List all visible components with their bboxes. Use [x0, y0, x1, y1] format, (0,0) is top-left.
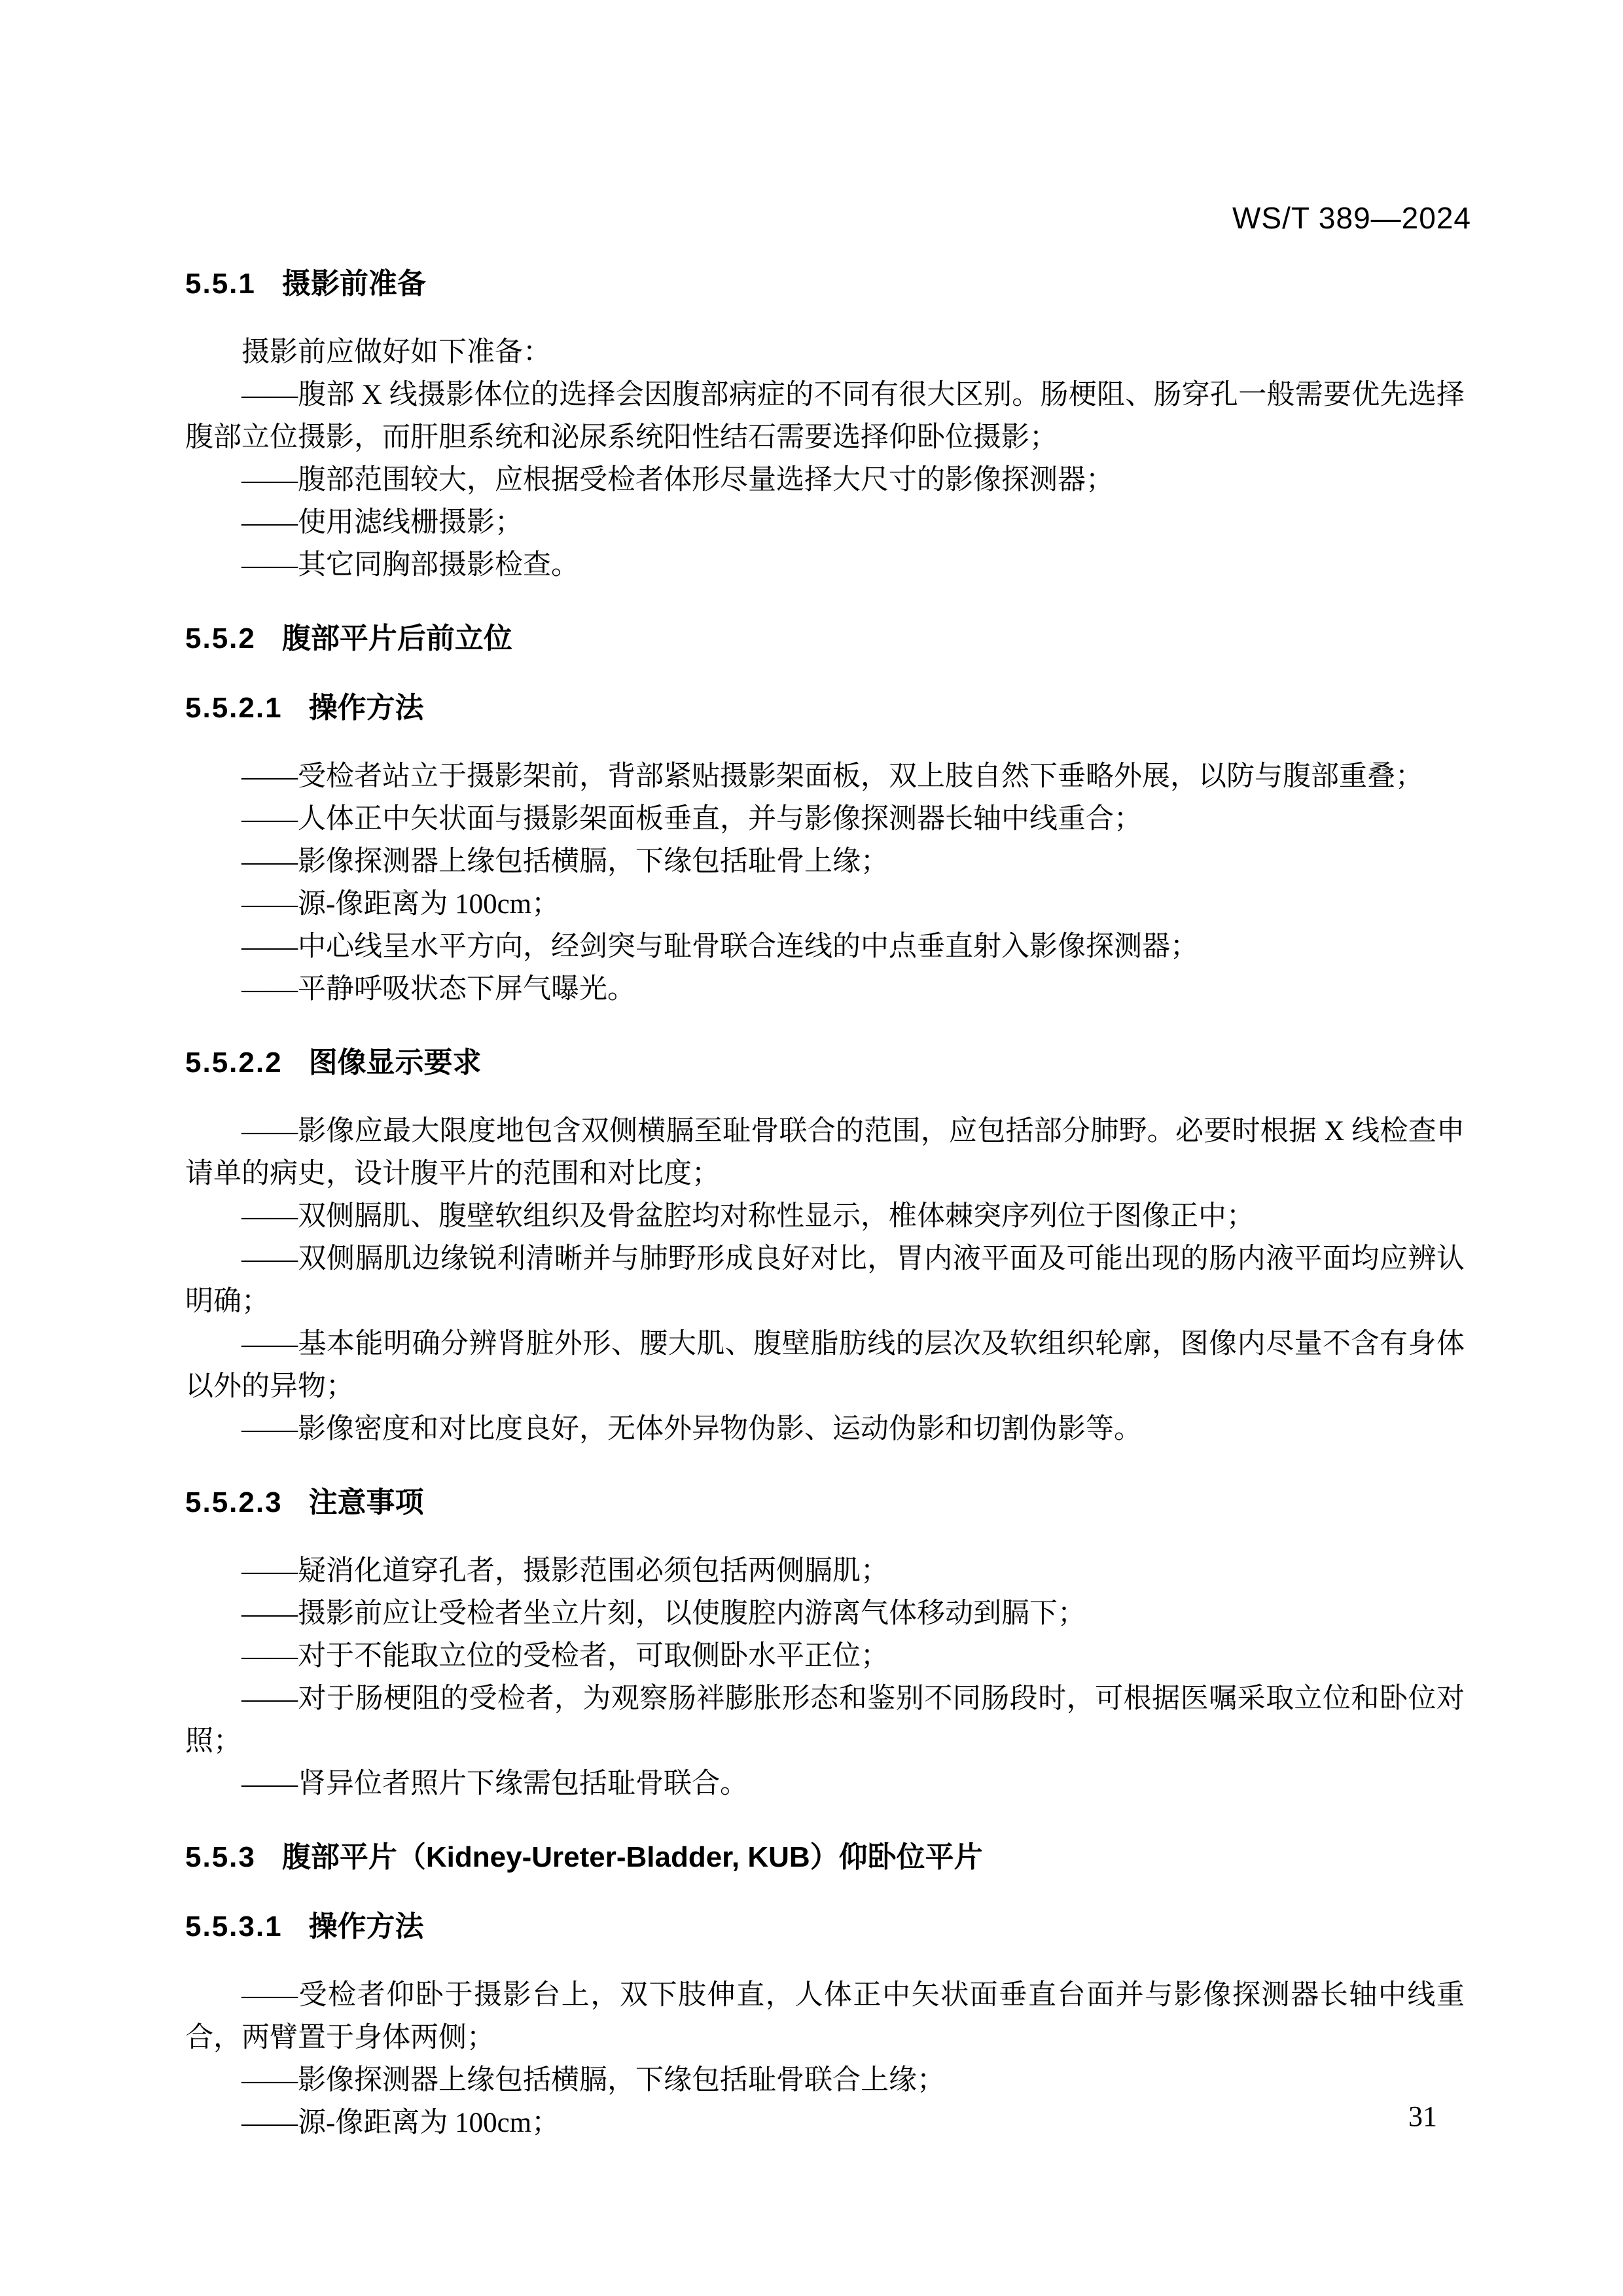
section-title: 摄影前准备 [282, 268, 426, 300]
section-title: 操作方法 [309, 1910, 424, 1943]
section-heading: 5.5.2.2图像显示要求 [185, 1046, 1465, 1080]
paragraph: 摄影前应做好如下准备： [185, 331, 1465, 374]
dash-list-item: ——使用滤线栅摄影； [185, 501, 1465, 544]
dash-list-item: ——疑消化道穿孔者，摄影范围必须包括两侧膈肌； [185, 1550, 1465, 1592]
section-number: 5.5.3.1 [185, 1910, 283, 1943]
dash-list-item: ——摄影前应让受检者坐立片刻，以使腹腔内游离气体移动到膈下； [185, 1592, 1465, 1635]
section-heading: 5.5.2腹部平片后前立位 [185, 622, 1465, 656]
section-title: 图像显示要求 [309, 1047, 482, 1079]
dash-list-item: ——平静呼吸状态下屏气曝光。 [185, 968, 1465, 1011]
dash-list-item: ——人体正中矢状面与摄影架面板垂直，并与影像探测器长轴中线重合； [185, 798, 1465, 840]
section-number: 5.5.2 [185, 622, 256, 655]
dash-list-item: ——中心线呈水平方向，经剑突与耻骨联合连线的中点垂直射入影像探测器； [185, 925, 1465, 968]
dash-list-item: ——肾异位者照片下缘需包括耻骨联合。 [185, 1763, 1465, 1805]
dash-list-item: ——双侧膈肌边缘锐利清晰并与肺野形成良好对比，胃内液平面及可能出现的肠内液平面均… [185, 1238, 1465, 1323]
dash-list-item: ——源-像距离为 100cm； [185, 2102, 1465, 2144]
dash-list-item: ——基本能明确分辨肾脏外形、腰大肌、腹壁脂肪线的层次及软组织轮廓，图像内尽量不含… [185, 1323, 1465, 1408]
header-doc-number: WS/T 389—2024 [1232, 200, 1471, 236]
dash-list-item: ——腹部范围较大，应根据受检者体形尽量选择大尺寸的影像探测器； [185, 459, 1465, 501]
dash-list-item: ——对于肠梗阻的受检者，为观察肠袢膨胀形态和鉴别不同肠段时，可根据医嘱采取立位和… [185, 1677, 1465, 1763]
section-title: 腹部平片后前立位 [282, 622, 512, 655]
footer-page-number: 31 [1408, 2100, 1437, 2133]
section-number: 5.5.2.3 [185, 1486, 283, 1518]
dash-list-item: ——影像探测器上缘包括横膈，下缘包括耻骨上缘； [185, 840, 1465, 883]
dash-list-item: ——双侧膈肌、腹壁软组织及骨盆腔均对称性显示，椎体棘突序列位于图像正中； [185, 1195, 1465, 1238]
section-title: 操作方法 [309, 692, 424, 724]
section-number: 5.5.2.2 [185, 1047, 283, 1079]
dash-list-item: ——源-像距离为 100cm； [185, 883, 1465, 925]
dash-list-item: ——其它同胸部摄影检查。 [185, 544, 1465, 586]
section-heading: 5.5.1摄影前准备 [185, 267, 1465, 301]
section-number: 5.5.3 [185, 1841, 256, 1873]
dash-list-item: ——影像密度和对比度良好，无体外异物伪影、运动伪影和切割伪影等。 [185, 1408, 1465, 1450]
document-content: 5.5.1摄影前准备摄影前应做好如下准备：——腹部 X 线摄影体位的选择会因腹部… [185, 267, 1465, 2144]
section-title: 注意事项 [309, 1486, 424, 1518]
dash-list-item: ——受检者站立于摄影架前，背部紧贴摄影架面板，双上肢自然下垂略外展，以防与腹部重… [185, 755, 1465, 798]
section-heading: 5.5.2.3注意事项 [185, 1486, 1465, 1520]
document-page: WS/T 389—2024 5.5.1摄影前准备摄影前应做好如下准备：——腹部 … [0, 0, 1623, 2296]
section-title: 腹部平片（Kidney-Ureter-Bladder, KUB）仰卧位平片 [282, 1841, 983, 1873]
dash-list-item: ——对于不能取立位的受检者，可取侧卧水平正位； [185, 1635, 1465, 1677]
section-heading: 5.5.2.1操作方法 [185, 691, 1465, 725]
dash-list-item: ——影像探测器上缘包括横膈，下缘包括耻骨联合上缘； [185, 2059, 1465, 2102]
dash-list-item: ——影像应最大限度地包含双侧横膈至耻骨联合的范围，应包括部分肺野。必要时根据 X… [185, 1110, 1465, 1195]
section-number: 5.5.2.1 [185, 692, 283, 724]
section-heading: 5.5.3腹部平片（Kidney-Ureter-Bladder, KUB）仰卧位… [185, 1840, 1465, 1874]
section-heading: 5.5.3.1操作方法 [185, 1910, 1465, 1944]
dash-list-item: ——受检者仰卧于摄影台上，双下肢伸直，人体正中矢状面垂直台面并与影像探测器长轴中… [185, 1974, 1465, 2059]
dash-list-item: ——腹部 X 线摄影体位的选择会因腹部病症的不同有很大区别。肠梗阻、肠穿孔一般需… [185, 374, 1465, 459]
section-number: 5.5.1 [185, 268, 256, 300]
